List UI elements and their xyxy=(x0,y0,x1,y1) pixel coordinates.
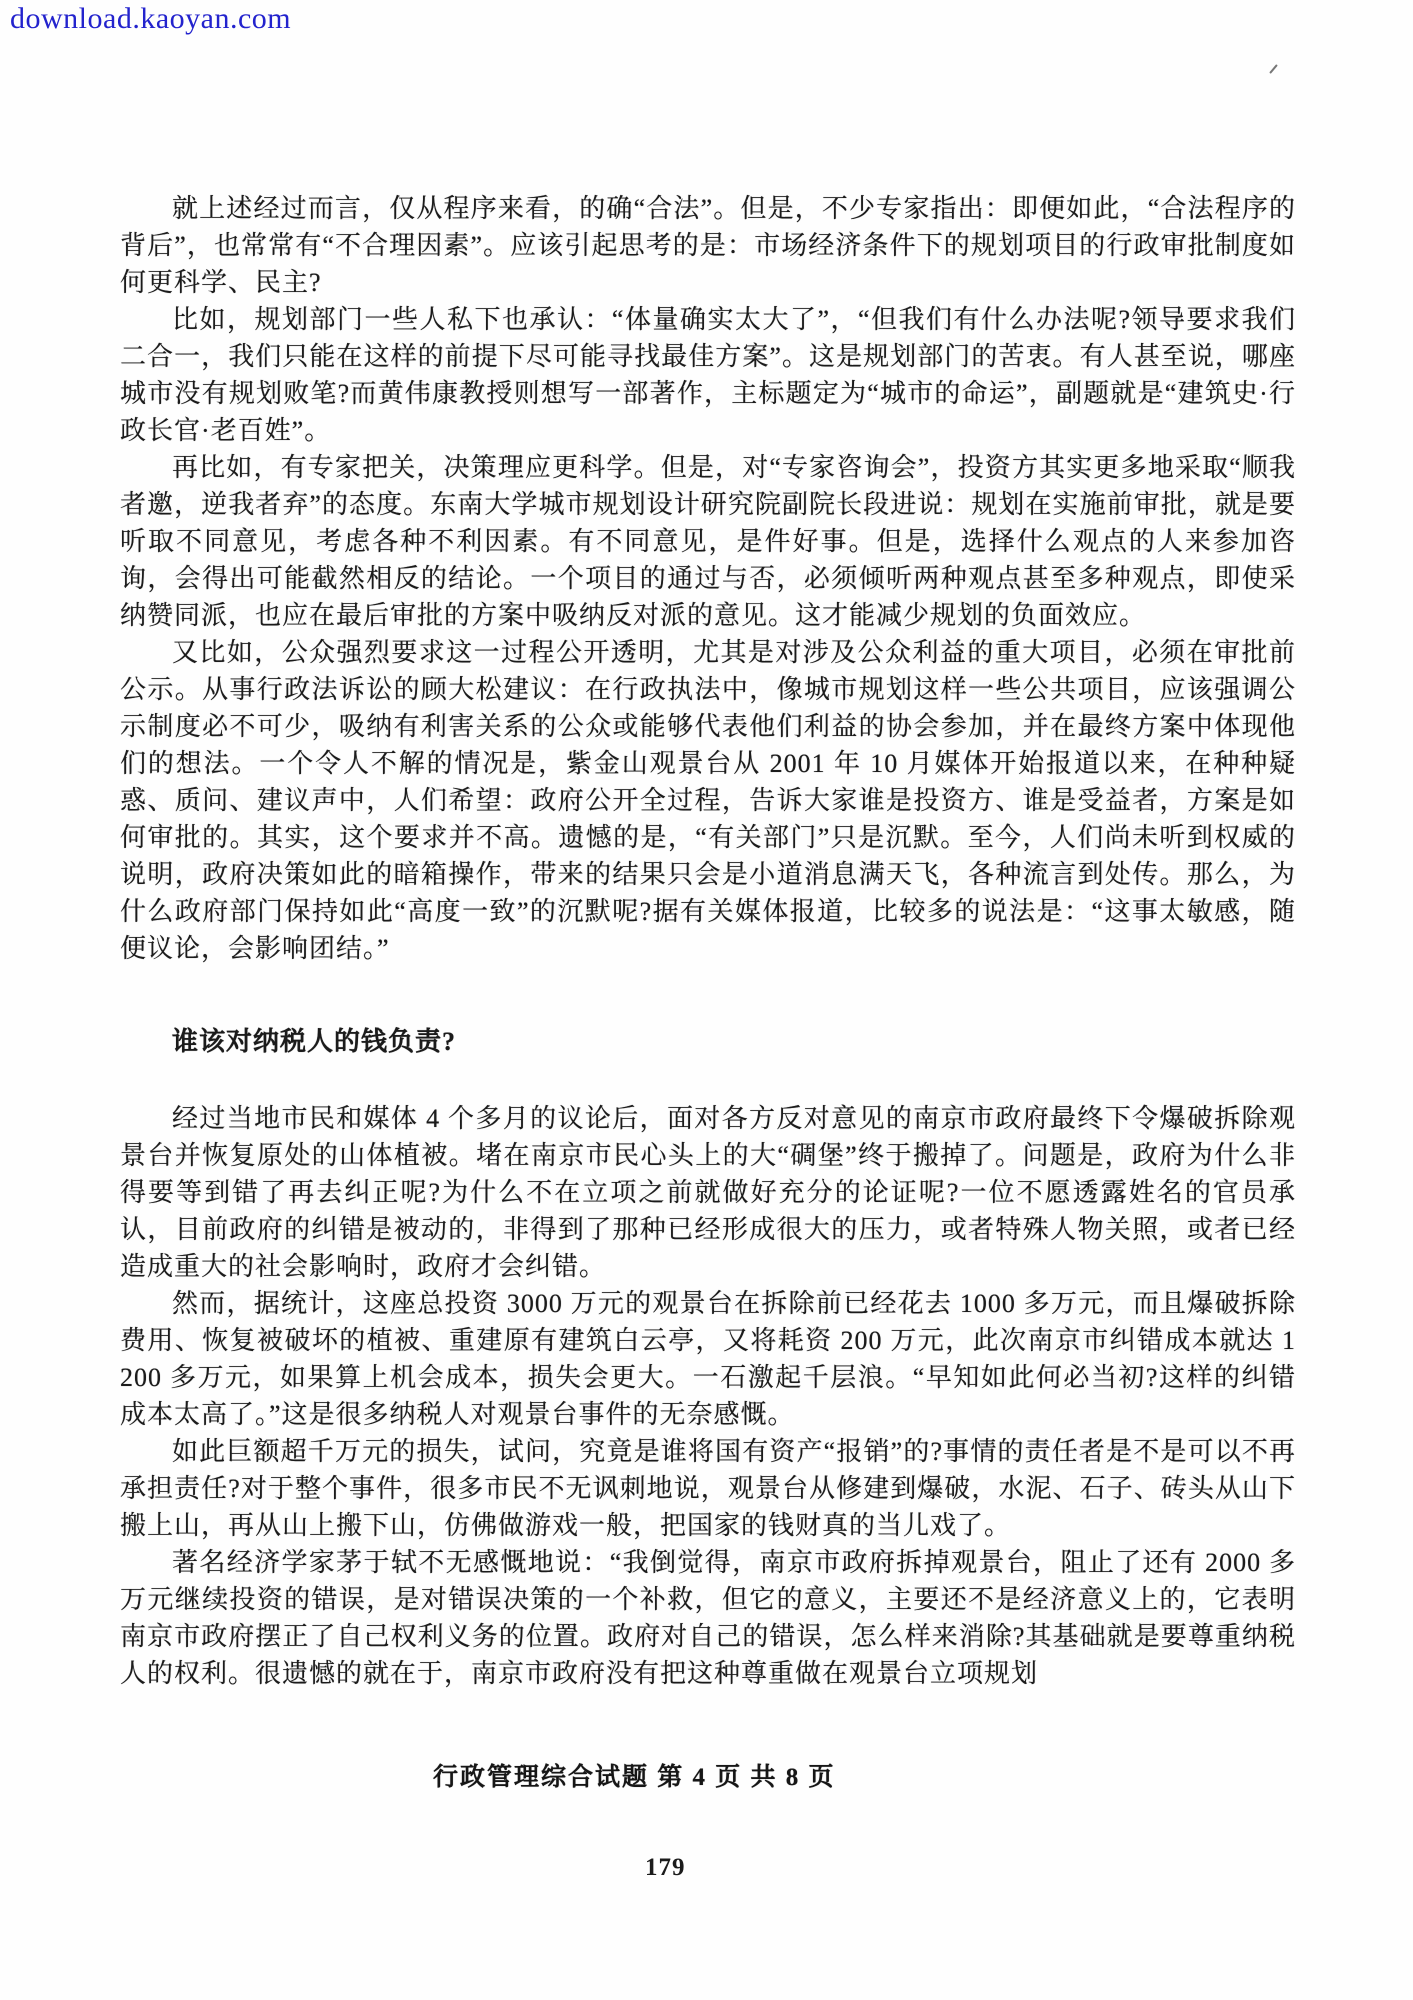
paragraph-cost-statistics: 然而，据统计，这座总投资 3000 万元的观景台在拆除前已经花去 1000 多万… xyxy=(120,1285,1296,1433)
paragraph-expert-consultation: 再比如，有专家把关，决策理应更科学。但是，对“专家咨询会”，投资方其实更多地采取… xyxy=(120,449,1296,634)
document-body: 就上述经过而言，仅从程序来看，的确“合法”。但是，不少专家指出：即便如此，“合法… xyxy=(120,190,1296,1692)
section-heading: 谁该对纳税人的钱负责? xyxy=(120,1023,1296,1060)
scan-artifact-mark xyxy=(1269,64,1278,74)
page-number: 179 xyxy=(645,1854,686,1882)
paragraph-economist-comment: 著名经济学家茅于轼不无感慨地说：“我倒觉得，南京市政府拆掉观景台，阻止了还有 2… xyxy=(120,1544,1296,1692)
paragraph-procedure-legal: 就上述经过而言，仅从程序来看，的确“合法”。但是，不少专家指出：即便如此，“合法… xyxy=(120,190,1296,301)
paragraph-responsibility-question: 如此巨额超千万元的损失，试问，究竟是谁将国有资产“报销”的?事情的责任者是不是可… xyxy=(120,1433,1296,1544)
watermark-url: download.kaoyan.com xyxy=(10,2,291,36)
paragraph-planning-department: 比如，规划部门一些人私下也承认：“体量确实太大了”，“但我们有什么办法呢?领导要… xyxy=(120,301,1296,449)
paragraph-demolition-decision: 经过当地市民和媒体 4 个多月的议论后，面对各方反对意见的南京市政府最终下令爆破… xyxy=(120,1100,1296,1285)
document-page: download.kaoyan.com 就上述经过而言，仅从程序来看，的确“合法… xyxy=(0,0,1413,2000)
page-footer: 行政管理综合试题 第 4 页 共 8 页 xyxy=(433,1757,836,1793)
paragraph-public-disclosure: 又比如，公众强烈要求这一过程公开透明，尤其是对涉及公众利益的重大项目，必须在审批… xyxy=(120,634,1296,967)
